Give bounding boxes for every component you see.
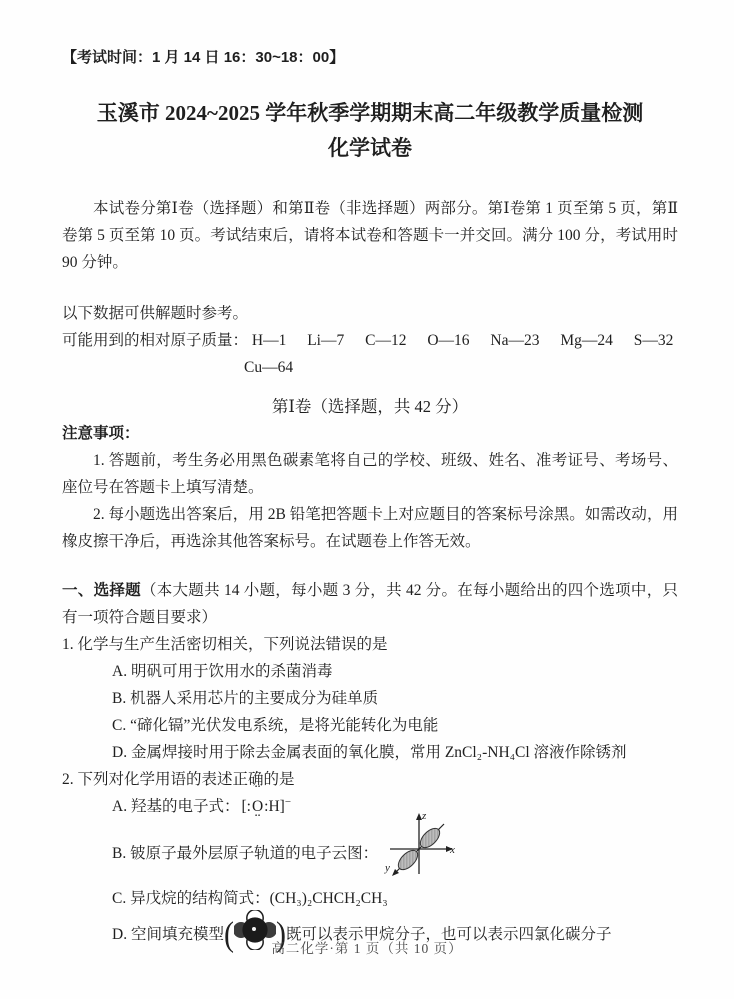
atomic-mass-item: S—32 [634,332,674,349]
paper-title-line1: 玉溪市 2024~2025 学年秋季学期期末高二年级教学质量检测 [68,97,672,129]
question-1-option-d: D. 金属焊接时用于除去金属表面的氧化膜，常用 ZnCl₂-NH₄Cl 溶液作除… [112,739,678,766]
option-c-label: C. 异戊烷的结构简式： [112,890,270,907]
electron-dots-below: ¨ [255,815,261,825]
question-2-option-b: B. 铍原子最外层原子轨道的电子云图： [112,826,678,881]
electron-dot-formula: [:¨O¨:H]− [241,793,291,820]
charge-superscript: − [285,796,291,808]
question-1-option-a: A. 明矾可用于饮用水的杀菌消毒 [112,658,678,685]
atomic-mass-item: Na—23 [490,332,539,349]
multiple-choice-instructions: （本大题共 14 小题，每小题 3 分，共 42 分。在每小题给出的四个选项中，… [62,582,678,626]
hydrogen-symbol: H [268,798,279,815]
exam-paper-page: 【考试时间：1 月 14 日 16：30~18：00】 玉溪市 2024~202… [0,0,734,999]
atomic-mass-label: 可能用到的相对原子质量： [62,332,248,349]
atomic-mass-item: Li—7 [307,332,344,349]
paper-title-line2: 化学试卷 [62,133,678,163]
notes-heading: 注意事项： [62,420,678,447]
x-axis-label: x [449,844,455,856]
y-axis-label: y [384,862,390,874]
question-1-option-b: B. 机器人采用芯片的主要成分为硅单质 [112,685,678,712]
atomic-mass-item: C—12 [365,332,406,349]
z-axis-label: z [421,810,427,822]
reference-data-note: 以下数据可供解题时参考。 [62,300,678,327]
atomic-mass-item-wrapped: Cu—64 [244,354,678,381]
multiple-choice-section-heading: 一、选择题（本大题共 14 小题，每小题 3 分，共 42 分。在每小题给出的四… [62,577,678,631]
p-orbital-electron-cloud-icon: z x y [384,810,458,886]
paper-intro-paragraph: 本试卷分第Ⅰ卷（选择题）和第Ⅱ卷（非选择题）两部分。第Ⅰ卷第 1 页至第 5 页… [62,195,678,276]
atomic-mass-item: Mg—24 [560,332,613,349]
section-1-heading: 第Ⅰ卷（选择题，共 42 分） [62,393,678,420]
option-b-label: B. 铍原子最外层原子轨道的电子云图： [112,840,378,867]
question-1-option-c: C. “碲化镉”光伏发电系统，是将光能转化为电能 [112,712,678,739]
exam-time-notice: 【考试时间：1 月 14 日 16：30~18：00】 [62,44,678,71]
isopentane-formula: (CH₃)₂CHCH₂CH₃ [270,890,388,907]
option-a-label: A. 羟基的电子式： [112,798,239,815]
oxygen-atom: ¨O¨ [251,793,264,820]
page-footer: 高二化学·第 1 页（共 10 页） [0,935,734,962]
atomic-mass-line: 可能用到的相对原子质量： H—1 Li—7 C—12 O—16 Na—23 Mg… [62,327,678,354]
atomic-mass-item: O—16 [427,332,469,349]
atomic-mass-item: H—1 [252,332,286,349]
note-2: 2. 每小题选出答案后，用 2B 铅笔把答题卡上对应题目的答案标号涂黑。如需改动… [62,501,678,555]
question-2-stem: 2. 下列对化学用语的表述正确的是 [86,766,678,793]
orbital-diagram: z x y [384,810,458,895]
note-1: 1. 答题前，考生务必用黑色碳素笔将自己的学校、班级、姓名、准考证号、考场号、座… [62,447,678,501]
multiple-choice-label: 一、选择题 [62,582,141,599]
question-1-stem: 1. 化学与生产生活密切相关，下列说法错误的是 [86,631,678,658]
electron-dots-above: ¨ [255,786,261,796]
